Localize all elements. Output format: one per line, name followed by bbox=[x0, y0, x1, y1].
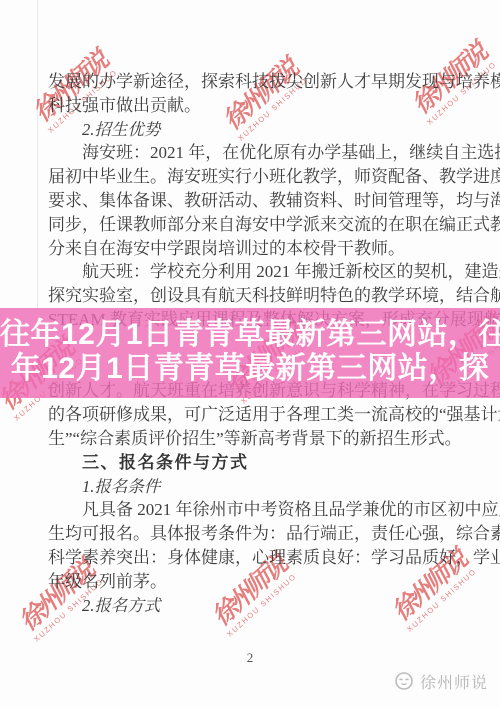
doc-line: 凡具备 2021 年徐州市中考资格且品学兼优的市区初中应届毕业 bbox=[48, 498, 478, 522]
overlay-title: 往年12月1日青青草最新第三网站，往 年12月1日青青草最新第三网站，探 bbox=[0, 318, 500, 386]
scanned-document-page: 徐州师说 XUZHOU SHISHUO 徐州师说 XUZHOU SHISHUO … bbox=[0, 0, 500, 707]
doc-line: 的各项研修成果，可广泛适用于各理工类一流高校的“强基计划招 bbox=[48, 403, 478, 427]
doc-line: 科学素养突出：身体健康，心理素质良好：学习品质好，学业水平在 bbox=[48, 546, 478, 570]
doc-line: 探究实验室，创设具有航天科技鲜明特色的教学环境，结合航天 bbox=[48, 284, 478, 308]
doc-line: 发展的办学新途径，探索科技拔尖创新人才早期发现与培养模式，为 bbox=[48, 70, 478, 94]
brand-name: 徐州师说 bbox=[420, 670, 488, 693]
doc-line: 分来自在海安中学跟岗培训过的本校骨干教师。 bbox=[48, 237, 478, 261]
page-number: 2 bbox=[0, 650, 500, 666]
doc-line: 生”“综合素质评价招生”等新高考背景下的新招生形式。 bbox=[48, 427, 478, 451]
doc-line: 生均可报名。具体报考条件为：品行端正，责任心强，综合素质优秀， bbox=[48, 522, 478, 546]
overlay-title-line-1: 往年12月1日青青草最新第三网站，往 bbox=[0, 318, 500, 352]
page-edge-line bbox=[37, 0, 38, 310]
brand-logo-icon bbox=[393, 670, 415, 692]
overlay-banner: 往年12月1日青青草最新第三网站，往 年12月1日青青草最新第三网站，探 bbox=[0, 308, 500, 398]
doc-line: 科技强市做出贡献。 bbox=[48, 94, 478, 118]
doc-subheading: 2.报名方式 bbox=[48, 594, 478, 618]
doc-line: 届初中毕业生。海安班实行小班化教学，师资配备、教学进度、教学 bbox=[48, 165, 478, 189]
doc-subheading: 2.招生优势 bbox=[48, 118, 478, 142]
doc-subheading: 1.报名条件 bbox=[48, 475, 478, 499]
brand-footer: 徐州师说 bbox=[393, 670, 488, 692]
doc-line: 航天班：学校充分利用 2021 年搬迁新校区的契机，建造航天主题 bbox=[48, 260, 478, 284]
overlay-title-line-2: 年12月1日青青草最新第三网站，探 bbox=[0, 352, 500, 386]
doc-section-heading: 三、报名条件与方式 bbox=[48, 451, 478, 475]
doc-line: 同步，任课教师部分来自海安中学派来交流的在职在编正式教师，部 bbox=[48, 213, 478, 237]
doc-line: 年级名列前茅。 bbox=[48, 570, 478, 594]
doc-line: 要求、集体备课、教研活动、教辅资料、时间管理等，均与海安中学 bbox=[48, 189, 478, 213]
doc-line: 海安班：2021 年，在优化原有办学基础上，继续自主选拔优秀应 bbox=[48, 141, 478, 165]
